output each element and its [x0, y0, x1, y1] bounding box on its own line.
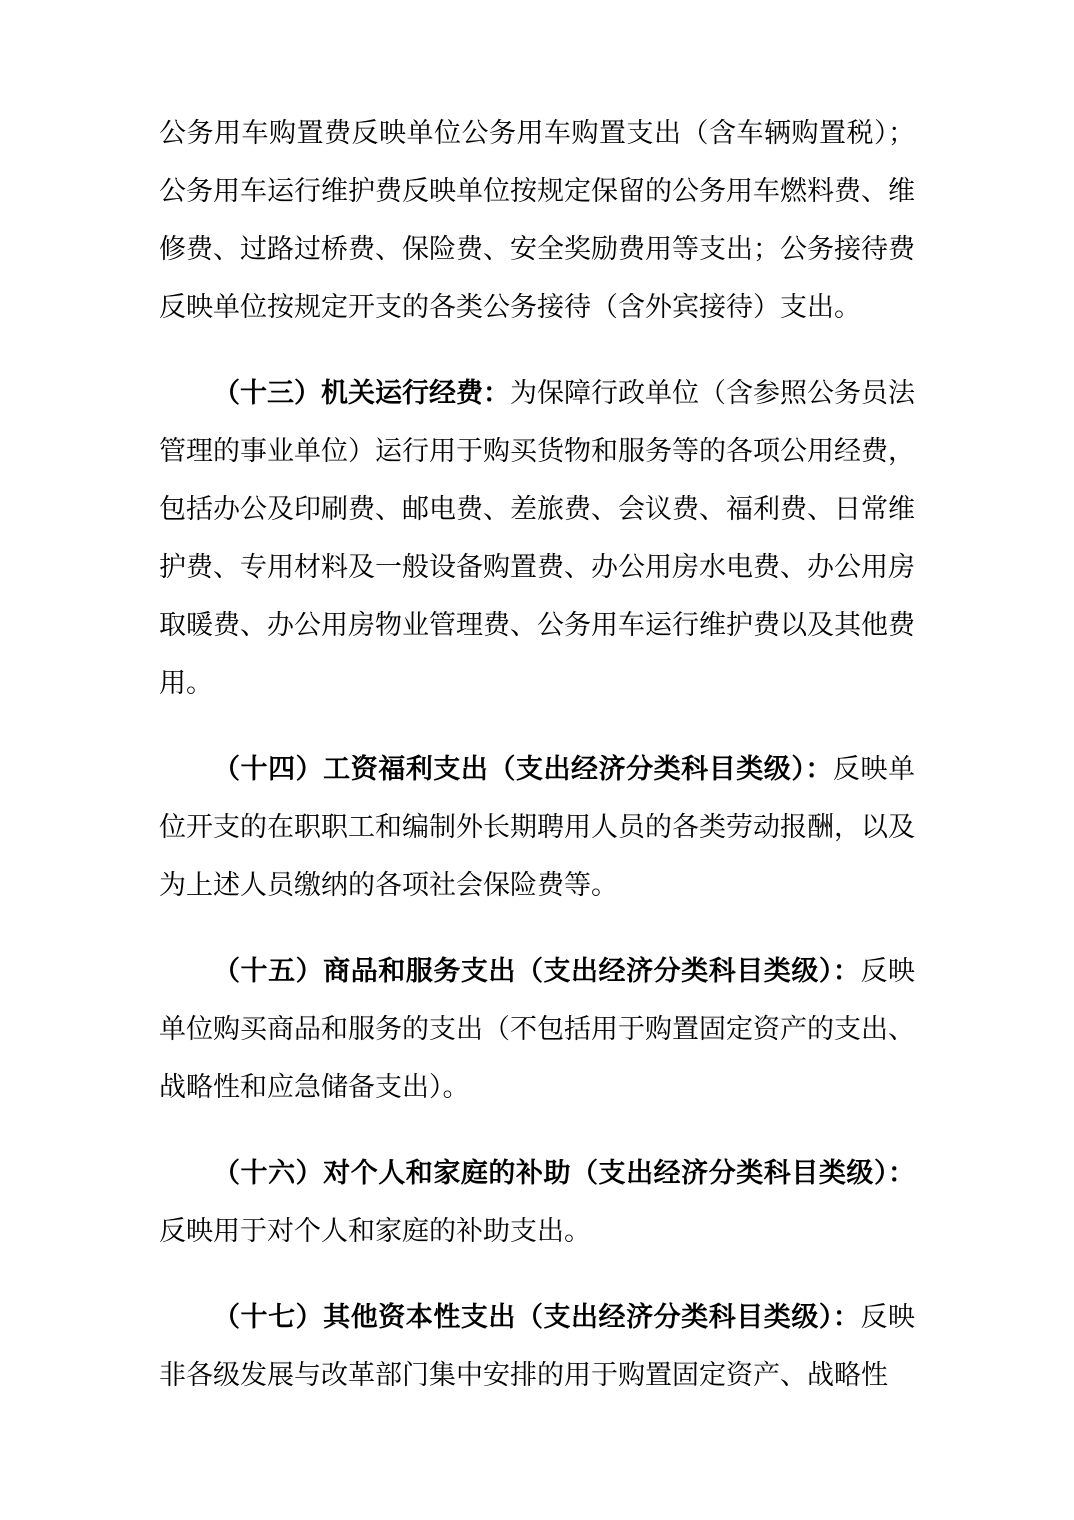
heading-run: （十三）机关运行经费： [213, 378, 510, 408]
paragraph: （十五）商品和服务支出（支出经济分类科目类级）：反映单位购买商品和服务的支出（不… [159, 942, 915, 1116]
heading-run: （十四）工资福利支出（支出经济分类科目类级）： [213, 754, 833, 784]
paragraph: （十三）机关运行经费：为保障行政单位（含参照公务员法管理的事业单位）运行用于购买… [159, 364, 915, 712]
heading-run: （十七）其他资本性支出（支出经济分类科目类级）： [213, 1302, 860, 1332]
heading-run: （十六）对个人和家庭的补助（支出经济分类科目类级）： [213, 1158, 915, 1188]
paragraph: （十六）对个人和家庭的补助（支出经济分类科目类级）：反映用于对个人和家庭的补助支… [159, 1144, 915, 1260]
paragraph: （十七）其他资本性支出（支出经济分类科目类级）：反映非各级发展与改革部门集中安排… [159, 1288, 915, 1404]
paragraph: （十四）工资福利支出（支出经济分类科目类级）：反映单位开支的在职职工和编制外长期… [159, 740, 915, 914]
paragraph: 公务用车购置费反映单位公务用车购置支出（含车辆购置税）；公务用车运行维护费反映单… [159, 104, 915, 336]
document-content: 公务用车购置费反映单位公务用车购置支出（含车辆购置税）；公务用车运行维护费反映单… [159, 104, 915, 1432]
text-run: 为保障行政单位（含参照公务员法管理的事业单位）运行用于购买货物和服务等的各项公用… [159, 378, 915, 698]
document-page: 公务用车购置费反映单位公务用车购置支出（含车辆购置税）；公务用车运行维护费反映单… [0, 0, 1074, 1520]
text-run: 公务用车购置费反映单位公务用车购置支出（含车辆购置税）；公务用车运行维护费反映单… [159, 118, 915, 322]
heading-run: （十五）商品和服务支出（支出经济分类科目类级）： [213, 956, 860, 986]
text-run: 反映用于对个人和家庭的补助支出。 [159, 1216, 591, 1246]
